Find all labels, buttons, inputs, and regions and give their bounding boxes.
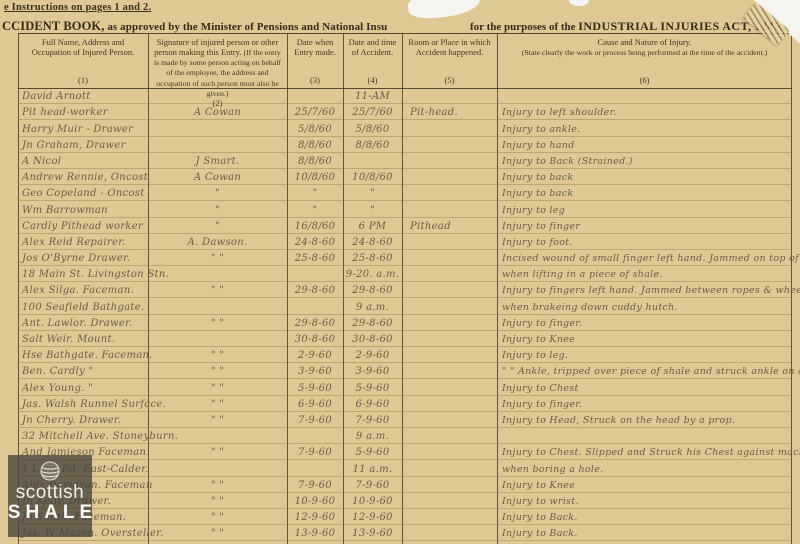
table-header-row: Full Name, Address and Occupation of Inj…: [18, 34, 792, 88]
cell-place: [402, 523, 497, 524]
cell-place: [402, 377, 497, 378]
cell-signature: ": [148, 188, 287, 200]
cell-date-accident: 10-9-60: [343, 496, 402, 508]
cell-signature: [148, 151, 287, 152]
table-row: Alex Reid Repairer. A. Dawson. 24-8-60 2…: [18, 234, 792, 250]
table-row: Salt Weir. Mount. 30-8-60 30-8-60 Injury…: [18, 331, 792, 347]
table-row: Alex Silga. Faceman. " " 29-8-60 29-8-60…: [18, 282, 792, 298]
cell-signature: [148, 345, 287, 346]
cell-cause: Injury to finger: [497, 221, 792, 233]
table-row: Jn Graham, Drawer 8/8/60 8/8/60 Injury t…: [18, 137, 792, 153]
cell-cause: Injury to finger.: [497, 318, 792, 330]
cell-date-entry: 13-9-60: [287, 528, 343, 540]
cell-name: Wm Barrowman: [18, 205, 148, 217]
table-row: Jn Cherry. Drawer. " " 7-9-60 7-9-60 Inj…: [18, 412, 792, 428]
table-row: Cardly Pithead worker " 16/8/60 6 PM Pit…: [18, 218, 792, 234]
title-book: CCIDENT BOOK,: [2, 19, 104, 33]
cell-signature: ": [148, 221, 287, 233]
cell-cause: " " Ankle, tripped over piece of shale a…: [497, 366, 792, 378]
header-cause-note: (State clearly the work or process being…: [522, 48, 768, 57]
cell-signature: [148, 135, 287, 136]
cell-date-accident: 11 a.m.: [343, 464, 402, 476]
cell-date-accident: 13-9-60: [343, 528, 402, 540]
cell-cause: Injury to Back (Strained.): [497, 156, 792, 168]
scottish-shale-watermark: scottish SHALE: [8, 455, 92, 537]
table-row: 100 Seafield Bathgate. 9 a.m. when brake…: [18, 298, 792, 314]
cell-signature: J Smart.: [148, 156, 287, 168]
cell-place: [402, 264, 497, 265]
cell-date-entry: 8/8/60: [287, 140, 343, 152]
table-row: David Arnott 11-AM: [18, 88, 792, 104]
cell-cause: Injury to wrist.: [497, 496, 792, 508]
cell-date-entry: 25/7/60: [287, 107, 343, 119]
cell-date-entry: 2-9-60: [287, 350, 343, 362]
cell-signature: [148, 313, 287, 314]
page-title-right: for the purposes of the INDUSTRIAL INJUR…: [470, 19, 784, 34]
header-cause-label: Cause and Nature of Injury.(State clearl…: [501, 37, 788, 57]
table-row: Jn Smith. Faceman. " " 12-9-60 12-9-60 I…: [18, 509, 792, 525]
watermark-line1: scottish: [16, 483, 84, 503]
cell-cause: when boring a hole.: [497, 464, 792, 476]
table-row: Alex Young. " " " 5-9-60 5-9-60 Injury t…: [18, 379, 792, 395]
cell-cause: Injury to Knee: [497, 334, 792, 346]
cell-place: [402, 102, 497, 103]
cell-date-entry: 3-9-60: [287, 366, 343, 378]
header-place-label: Room or Place in which Accident happened…: [406, 37, 493, 57]
cell-place: [402, 280, 497, 281]
title-purpose: for the purposes of the: [470, 21, 578, 33]
header-cause: Cause and Nature of Injury.(State clearl…: [497, 34, 792, 88]
cell-signature: A Cowan: [148, 107, 287, 119]
cell-cause: Injury to Chest. Slipped and Struck his …: [497, 447, 792, 459]
table-row: Ben. Cardly " " " 3-9-60 3-9-60 " " Ankl…: [18, 363, 792, 379]
cell-date-accident: 6 PM: [343, 221, 402, 233]
table-rows: David Arnott 11-AM Pit head-worker A Cow…: [18, 88, 792, 541]
cell-place: [402, 183, 497, 184]
instructions-note: e Instructions on pages 1 and 2.: [4, 2, 151, 13]
cell-place: Pit-head.: [402, 107, 497, 119]
header-date-accident: Date and time of Accident. (4): [343, 34, 402, 88]
cell-cause: Injury to fingers left hand. Jammed betw…: [497, 285, 792, 297]
cell-place: [402, 442, 497, 443]
table-row: 1 Lane Rd. East-Calder. 11 a.m. when bor…: [18, 460, 792, 476]
cell-place: [402, 135, 497, 136]
cell-date-accident: 8/8/60: [343, 140, 402, 152]
cell-date-accident: 25/7/60: [343, 107, 402, 119]
cell-cause: Injury to back: [497, 188, 792, 200]
cell-name: Hse Bathgate. Faceman.: [18, 350, 148, 362]
cell-name: Alex Reid Repairer.: [18, 237, 148, 249]
cell-place: [402, 507, 497, 508]
cell-signature: A. Dawson.: [148, 237, 287, 249]
cell-date-entry: 29-8-60: [287, 285, 343, 297]
header-date-accident-label: Date and time of Accident.: [347, 37, 398, 57]
cell-date-entry: 10/8/60: [287, 172, 343, 184]
cell-date-entry: [287, 102, 343, 103]
cell-place: [402, 394, 497, 395]
cell-place: [402, 216, 497, 217]
cell-date-entry: 25-8-60: [287, 253, 343, 265]
table-row: 32 Mitchell Ave. Stoneyburn. 9 a.m.: [18, 428, 792, 444]
scanned-accident-book-page: e Instructions on pages 1 and 2. CCIDENT…: [0, 0, 800, 544]
cell-cause: [497, 442, 792, 443]
cell-date-accident: 9-20. a.m.: [343, 269, 402, 281]
cell-cause: Injury to finger.: [497, 399, 792, 411]
cell-place: [402, 410, 497, 411]
cell-date-entry: 8/8/60: [287, 156, 343, 168]
table-row: Alex Davidson. Faceman " " 7-9-60 7-9-60…: [18, 477, 792, 493]
cell-place: [402, 167, 497, 168]
header-date-accident-num: (4): [347, 75, 398, 86]
cell-signature: [148, 442, 287, 443]
cell-name: Alex Silga. Faceman.: [18, 285, 148, 297]
cell-signature: " ": [148, 253, 287, 265]
cell-date-accident: [343, 167, 402, 168]
cell-signature: " ": [148, 285, 287, 297]
cell-date-entry: [287, 313, 343, 314]
cell-signature: [148, 102, 287, 103]
cell-cause: when lifting in a piece of shale.: [497, 269, 792, 281]
header-date-entry-num: (3): [291, 75, 339, 86]
cell-date-entry: 7-9-60: [287, 480, 343, 492]
table-row: Geo Copeland - Oncost " " " Injury to ba…: [18, 185, 792, 201]
cell-date-entry: 24-8-60: [287, 237, 343, 249]
cell-date-accident: 3-9-60: [343, 366, 402, 378]
globe-icon: [38, 459, 62, 483]
cell-date-entry: [287, 475, 343, 476]
cell-signature: [148, 280, 287, 281]
cell-name: A Nicol: [18, 156, 148, 168]
cell-name: Alex Young. ": [18, 383, 148, 395]
cell-cause: Incised wound of small finger left hand.…: [497, 253, 792, 265]
watermark-line2: SHALE: [3, 503, 97, 524]
cell-place: [402, 491, 497, 492]
cell-cause: Injury to leg: [497, 205, 792, 217]
cell-date-entry: [287, 442, 343, 443]
page-title-left: CCIDENT BOOK, as approved by the Ministe…: [2, 19, 387, 34]
header-date-entry: Date when Entry made. (3): [287, 34, 343, 88]
cell-place: [402, 296, 497, 297]
header-name-num: (1): [22, 75, 144, 86]
cell-signature: " ": [148, 383, 287, 395]
cell-cause: Injury to ankle.: [497, 124, 792, 136]
cell-place: [402, 199, 497, 200]
table-row: Pit head-worker A Cowan 25/7/60 25/7/60 …: [18, 104, 792, 120]
cell-date-entry: 5-9-60: [287, 383, 343, 395]
table-row: Hse Bathgate. Faceman. " " 2-9-60 2-9-60…: [18, 347, 792, 363]
cell-cause: Injury to left shoulder.: [497, 107, 792, 119]
cell-cause: Injury to Knee: [497, 480, 792, 492]
cell-date-accident: ": [343, 188, 402, 200]
header-name: Full Name, Address and Occupation of Inj…: [18, 34, 148, 88]
table-row: And Jamieson Faceman. " " 7-9-60 5-9-60 …: [18, 444, 792, 460]
cell-date-entry: 5/8/60: [287, 124, 343, 136]
cell-date-entry: 7-9-60: [287, 447, 343, 459]
cell-date-entry: 16/8/60: [287, 221, 343, 233]
cell-place: [402, 329, 497, 330]
cell-date-accident: 12-9-60: [343, 512, 402, 524]
cell-name: David Arnott: [18, 91, 148, 103]
header-name-label: Full Name, Address and Occupation of Inj…: [22, 37, 144, 57]
cell-cause: when brakeing down cuddy hutch.: [497, 302, 792, 314]
cell-place: [402, 475, 497, 476]
cell-signature: " ": [148, 318, 287, 330]
cell-date-accident: 7-9-60: [343, 480, 402, 492]
header-signature: Signature of injured person or other per…: [148, 34, 287, 88]
cell-cause: Injury to Head, Struck on the head by a …: [497, 415, 792, 427]
cell-signature: " ": [148, 496, 287, 508]
cell-signature: " ": [148, 350, 287, 362]
cell-place: [402, 345, 497, 346]
cell-cause: Injury to Back.: [497, 512, 792, 524]
cell-date-accident: 24-8-60: [343, 237, 402, 249]
cell-date-entry: 29-8-60: [287, 318, 343, 330]
cell-signature: " ": [148, 447, 287, 459]
cell-place: Pithead: [402, 221, 497, 233]
table-row: Wm Barrowman " " " Injury to leg: [18, 201, 792, 217]
cell-date-entry: ": [287, 188, 343, 200]
header-date-entry-label: Date when Entry made.: [291, 37, 339, 57]
table-row: Jn Kelly. Drawer. " " 10-9-60 10-9-60 In…: [18, 493, 792, 509]
cell-name: 18 Main St. Livingston Stn.: [18, 269, 148, 281]
cell-date-accident: 9 a.m.: [343, 302, 402, 314]
cell-date-accident: ": [343, 205, 402, 217]
cell-name: Ant. Lawlor. Drawer.: [18, 318, 148, 330]
cell-date-accident: 30-8-60: [343, 334, 402, 346]
cell-name: Salt Weir. Mount.: [18, 334, 148, 346]
cell-date-accident: 5-9-60: [343, 383, 402, 395]
cell-cause: Injury to Back.: [497, 528, 792, 540]
cell-name: Jn Graham, Drawer: [18, 140, 148, 152]
cell-name: Jn Cherry. Drawer.: [18, 415, 148, 427]
cell-date-accident: 2-9-60: [343, 350, 402, 362]
header-place: Room or Place in which Accident happened…: [402, 34, 497, 88]
cell-name: Jos O'Byrne Drawer.: [18, 253, 148, 265]
cell-cause: Injury to foot.: [497, 237, 792, 249]
table-row: Jas. W Mason. Oversteller. " " 13-9-60 1…: [18, 525, 792, 541]
cell-date-accident: 11-AM: [343, 91, 402, 103]
cell-signature: " ": [148, 399, 287, 411]
accident-table: Full Name, Address and Occupation of Inj…: [18, 33, 792, 544]
cell-name: Geo Copeland - Oncost: [18, 188, 148, 200]
cell-cause: [497, 102, 792, 103]
cell-place: [402, 361, 497, 362]
header-cause-num: (6): [501, 75, 788, 86]
cell-date-accident: 25-8-60: [343, 253, 402, 265]
cell-date-entry: 12-9-60: [287, 512, 343, 524]
table-row: 18 Main St. Livingston Stn. 9-20. a.m. w…: [18, 266, 792, 282]
cell-signature: " ": [148, 366, 287, 378]
cell-cause: Injury to hand: [497, 140, 792, 152]
cell-date-accident: 9 a.m.: [343, 431, 402, 443]
cell-name: 32 Mitchell Ave. Stoneyburn.: [18, 431, 148, 443]
table-row: Andrew Rennie, Oncost A Cowan 10/8/60 10…: [18, 169, 792, 185]
cell-date-entry: 10-9-60: [287, 496, 343, 508]
cell-date-entry: 30-8-60: [287, 334, 343, 346]
cell-name: 100 Seafield Bathgate.: [18, 302, 148, 314]
cell-date-entry: 7-9-60: [287, 415, 343, 427]
table-row: Harry Muir - Drawer 5/8/60 5/8/60 Injury…: [18, 120, 792, 136]
cell-date-entry: ": [287, 205, 343, 217]
cell-date-entry: [287, 280, 343, 281]
cell-place: [402, 248, 497, 249]
table-row: Jas. Walsh Runnel Surface. " " 6-9-60 6-…: [18, 396, 792, 412]
cell-cause: Injury to Chest: [497, 383, 792, 395]
table-row: Ant. Lawlor. Drawer. " " 29-8-60 29-8-60…: [18, 315, 792, 331]
cell-place: [402, 151, 497, 152]
cell-name: Pit head-worker: [18, 107, 148, 119]
header-place-num: (5): [406, 75, 493, 86]
cell-name: Ben. Cardly ": [18, 366, 148, 378]
cell-signature: " ": [148, 528, 287, 540]
cell-cause: Injury to leg.: [497, 350, 792, 362]
cell-name: Jas. Walsh Runnel Surface.: [18, 399, 148, 411]
cell-signature: [148, 475, 287, 476]
cell-date-accident: 29-8-60: [343, 318, 402, 330]
table-row: Jos O'Byrne Drawer. " " 25-8-60 25-8-60 …: [18, 250, 792, 266]
cell-date-accident: 5-9-60: [343, 447, 402, 459]
cell-place: [402, 539, 497, 540]
cell-date-accident: 7-9-60: [343, 415, 402, 427]
cell-signature: " ": [148, 512, 287, 524]
cell-name: Andrew Rennie, Oncost: [18, 172, 148, 184]
cell-date-accident: 10/8/60: [343, 172, 402, 184]
cell-date-entry: 6-9-60: [287, 399, 343, 411]
cell-date-accident: 5/8/60: [343, 124, 402, 136]
cell-signature: " ": [148, 415, 287, 427]
cell-signature: " ": [148, 480, 287, 492]
cell-signature: ": [148, 205, 287, 217]
cell-place: [402, 426, 497, 427]
cell-signature: A Cowan: [148, 172, 287, 184]
cell-place: [402, 313, 497, 314]
cell-date-accident: 6-9-60: [343, 399, 402, 411]
title-mid: as approved by the Minister of Pensions …: [104, 21, 387, 33]
cell-name: Harry Muir - Drawer: [18, 124, 148, 136]
cell-cause: Injury to back: [497, 172, 792, 184]
table-row: A Nicol J Smart. 8/8/60 Injury to Back (…: [18, 153, 792, 169]
cell-place: [402, 458, 497, 459]
cell-name: Cardly Pithead worker: [18, 221, 148, 233]
cell-date-accident: 29-8-60: [343, 285, 402, 297]
